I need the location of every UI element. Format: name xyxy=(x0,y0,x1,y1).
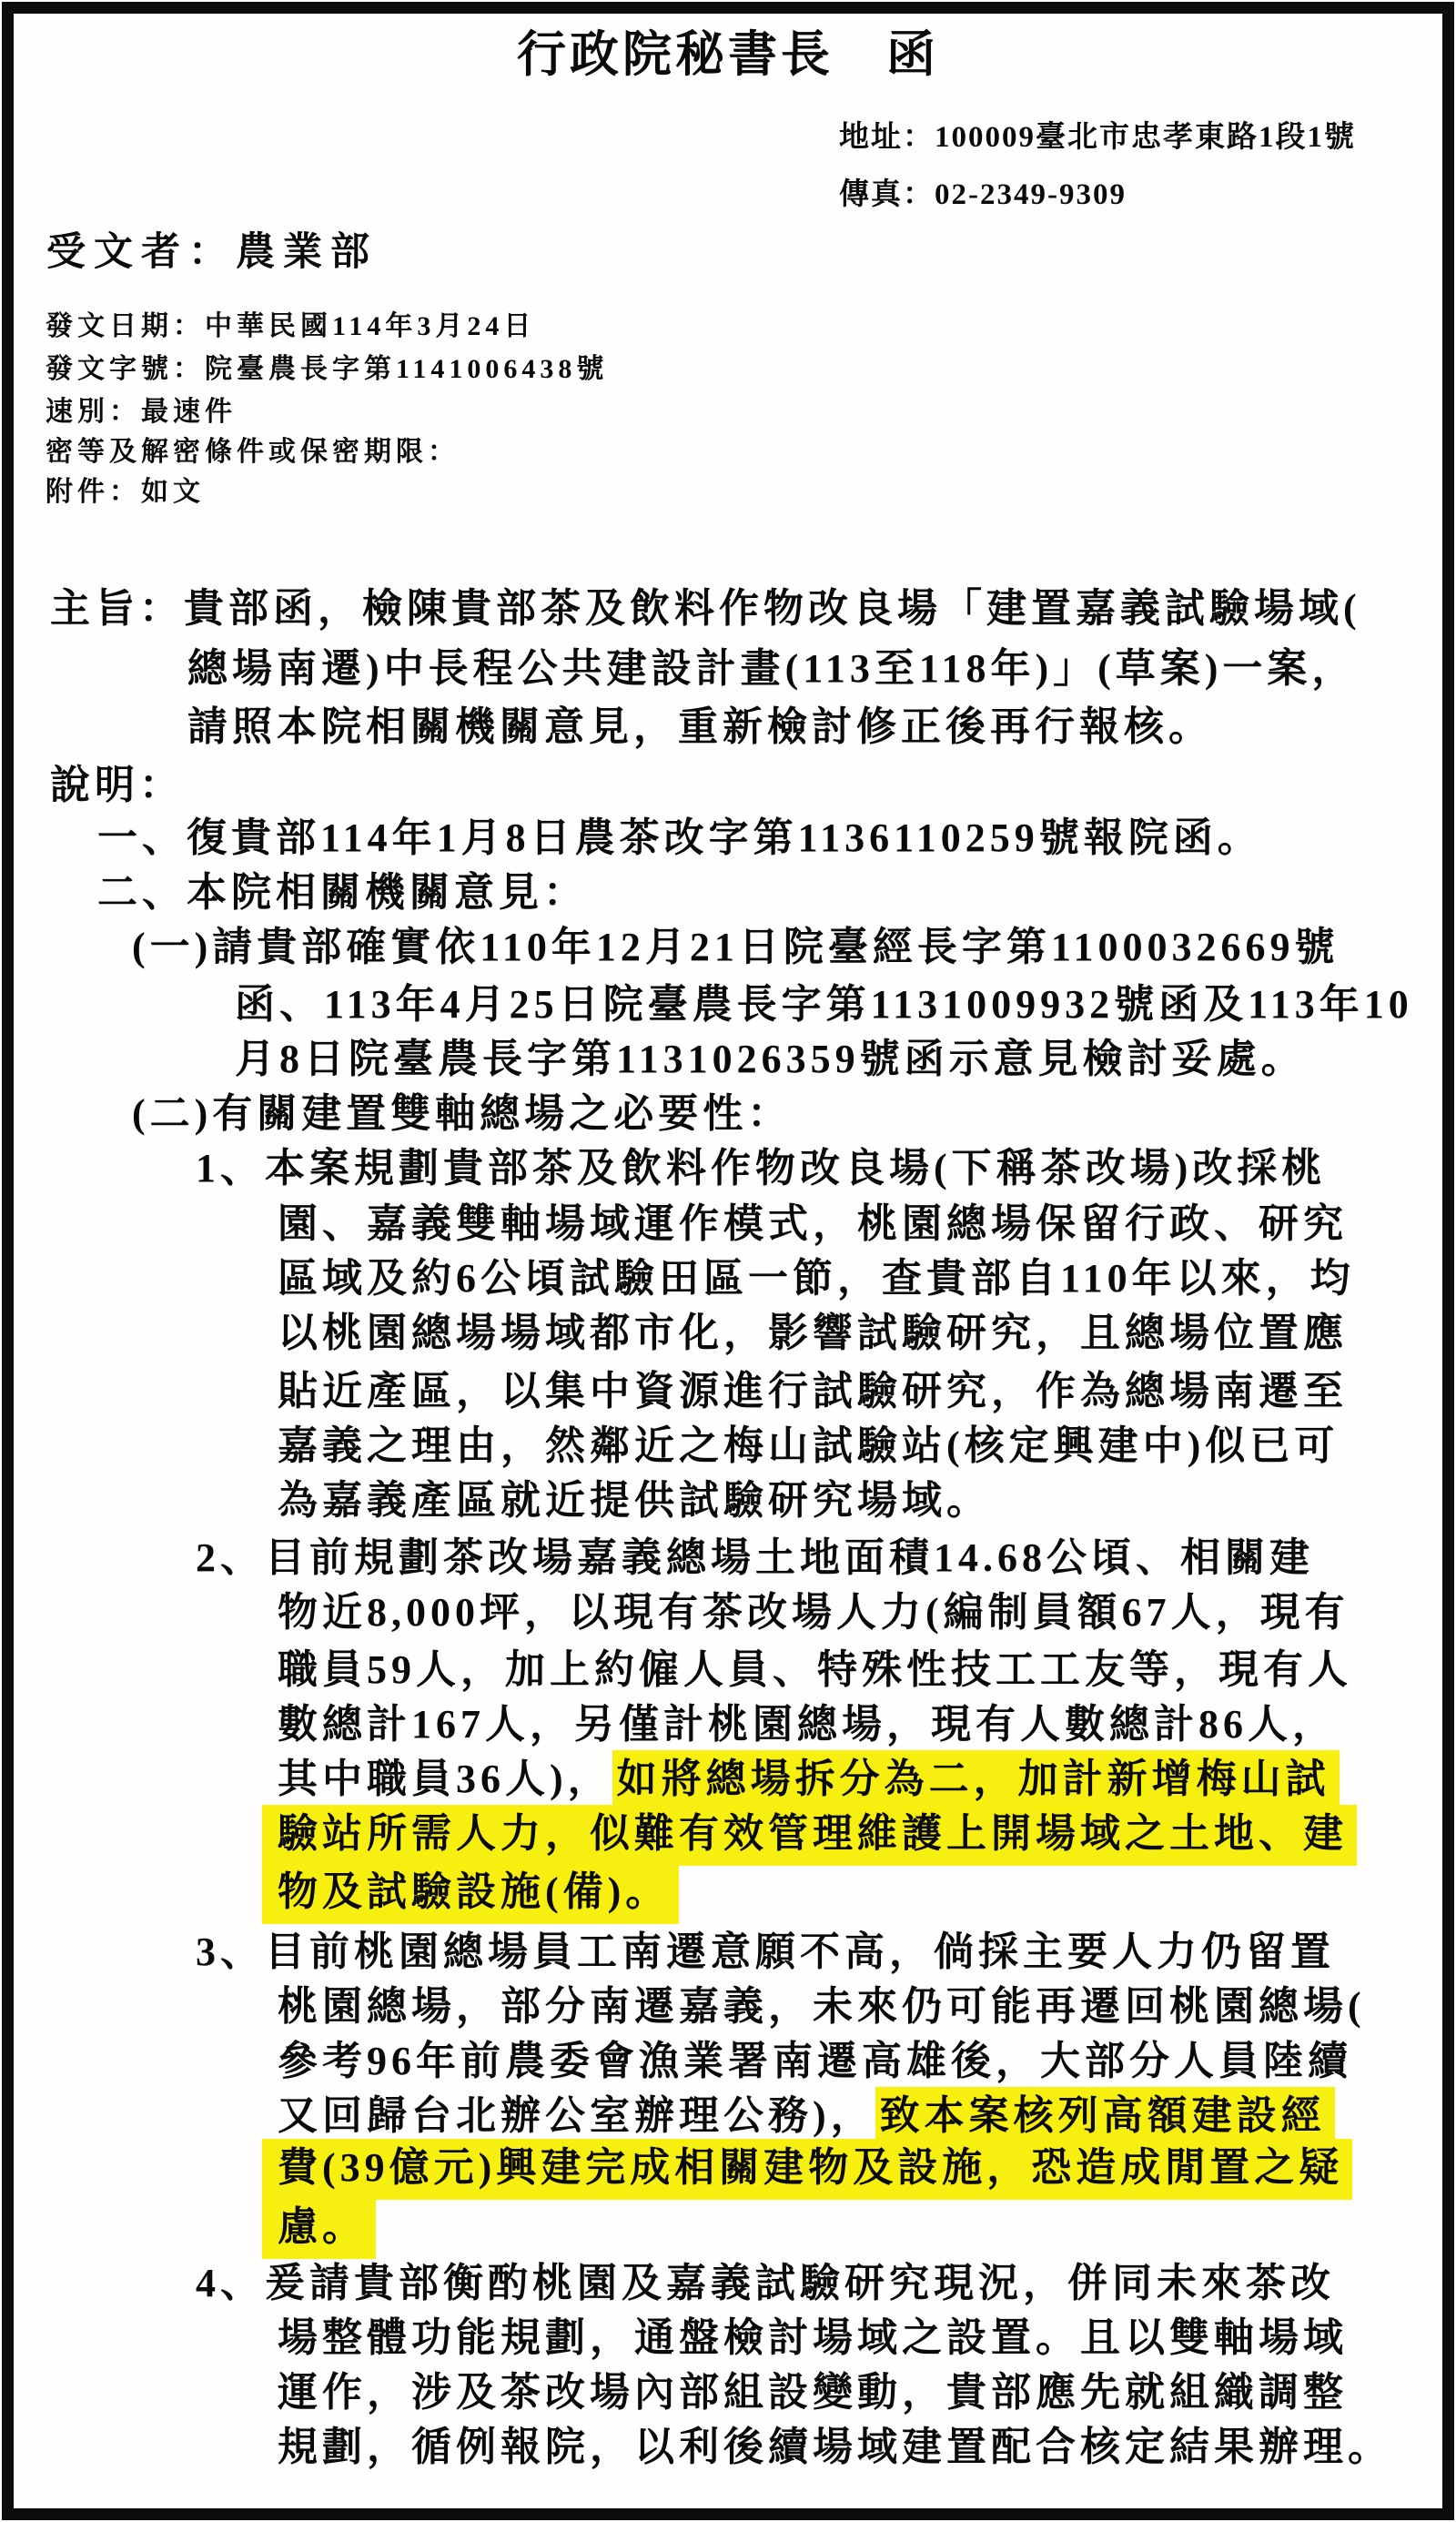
body-line: (二)有關建置雙軸總場之必要性： xyxy=(132,1089,792,1139)
body-line: 參考96年前農委會漁業署南遷高雄後，大部分人員陸續 xyxy=(278,2037,1352,2086)
page-title: 行政院秘書長 函 xyxy=(0,24,1456,86)
body-text: 函、113年4月25日院臺農長字第1131009932號函及113年10 xyxy=(235,982,1413,1027)
body-text: 以桃園總場場域都市化，影響試驗研究，且總場位置應 xyxy=(278,1311,1348,1355)
body-line: 貼近產區，以集中資源進行試驗研究，作為總場南遷至 xyxy=(278,1367,1348,1416)
subject-line: 請照本院相關機關意見，重新檢討修正後再行報核。 xyxy=(187,703,1213,752)
subject-line: 總場南遷)中長程公共建設計畫(113至118年)」(草案)一案， xyxy=(187,644,1356,694)
body-text: 3、目前桃園總場員工南遷意願不高，倘採主要人力仍留置 xyxy=(196,1929,1335,1974)
body-line: 嘉義之理由，然鄰近之梅山試驗站(核定興建中)似已可 xyxy=(278,1422,1339,1471)
body-line: 一、復貴部114年1月8日農茶改字第1136110259號報院函。 xyxy=(97,814,1262,863)
body-text: 桃園總場，部分南遷嘉義，未來仍可能再遷回桃園總場( xyxy=(278,1984,1366,2029)
body-text: 運作，涉及茶改場內部組設變動，貴部應先就組織調整 xyxy=(278,2370,1348,2415)
body-line: 數總計167人，另僅計桃園總場，現有人數總計86人， xyxy=(278,1700,1337,1749)
body-text: 數總計167人，另僅計桃園總場，現有人數總計86人， xyxy=(278,1702,1337,1747)
body-text: 規劃，循例報院，以利後續場域建置配合核定結果辦理。 xyxy=(278,2425,1392,2469)
scanned-letter-page: 行政院秘書長 函 地址：100009臺北市忠孝東路1段1號 傳真：02-2349… xyxy=(0,0,1456,2522)
body-line: 以桃園總場場域都市化，影響試驗研究，且總場位置應 xyxy=(278,1309,1348,1358)
body-line: 桃園總場，部分南遷嘉義，未來仍可能再遷回桃園總場( xyxy=(278,1982,1366,2031)
meta-line-date: 發文日期：中華民國114年3月24日 xyxy=(45,309,535,344)
body-text: 為嘉義產區就近提供試驗研究場域。 xyxy=(278,1478,991,1523)
body-text: 物近8,000坪，以現有茶改場人力(編制員額67人，現有 xyxy=(278,1590,1350,1635)
body-text: 1、本案規劃貴部茶及飲料作物改良場(下稱茶改場)改採桃 xyxy=(196,1146,1326,1190)
body-text: 職員59人，加上約僱人員、特殊性技工工友等，現有人 xyxy=(278,1647,1352,1692)
body-line: 慮。 xyxy=(262,2203,376,2252)
body-text: 一、復貴部114年1月8日農茶改字第1136110259號報院函。 xyxy=(97,815,1262,860)
body-line: 物及試驗設施(備)。 xyxy=(262,1868,679,1917)
body-line: 1、本案規劃貴部茶及飲料作物改良場(下稱茶改場)改採桃 xyxy=(196,1144,1326,1193)
body-line: 職員59人，加上約僱人員、特殊性技工工友等，現有人 xyxy=(278,1646,1352,1695)
body-line: 費(39億元)興建完成相關建物及設施，恐造成閒置之疑 xyxy=(262,2143,1352,2193)
body-line: 規劃，循例報院，以利後續場域建置配合核定結果辦理。 xyxy=(278,2423,1392,2472)
highlight-segment: 費(39億元)興建完成相關建物及設施，恐造成閒置之疑 xyxy=(262,2139,1352,2200)
body-line: 又回歸台北辦公室辦理公務)，致本案核列高額建設經 xyxy=(278,2092,1335,2141)
body-line: 場整體功能規劃，通盤檢討場域之設置。且以雙軸場域 xyxy=(278,2314,1348,2363)
body-line: 其中職員36人)，如將總場拆分為二，加計新增梅山試 xyxy=(278,1755,1340,1804)
body-line: 園、嘉義雙軸場域運作模式，桃園總場保留行政、研究 xyxy=(278,1200,1348,1249)
body-text: 園、嘉義雙軸場域運作模式，桃園總場保留行政、研究 xyxy=(278,1201,1348,1246)
body-line: 運作，涉及茶改場內部組設變動，貴部應先就組織調整 xyxy=(278,2368,1348,2417)
body-text: 2、目前規劃茶改場嘉義總場土地面積14.68公頃、相關建 xyxy=(196,1535,1314,1580)
body-line: 為嘉義產區就近提供試驗研究場域。 xyxy=(278,1476,991,1525)
body-text: 區域及約6公頃試驗田區一節，查貴部自110年以來，均 xyxy=(278,1256,1355,1301)
explanation-label: 說明： xyxy=(50,761,184,810)
meta-line-priority: 速別：最速件 xyxy=(45,395,237,430)
highlight-segment: 驗站所需人力，似難有效管理維護上開場域之土地、建 xyxy=(262,1805,1357,1866)
sender-fax: 傳真：02-2349-9309 xyxy=(839,177,1127,213)
highlight-segment: 如將總場拆分為二，加計新增梅山試 xyxy=(612,1750,1340,1811)
meta-line-docnumber: 發文字號：院臺農長字第1141006438號 xyxy=(45,352,608,387)
body-text: 嘉義之理由，然鄰近之梅山試驗站(核定興建中)似已可 xyxy=(278,1423,1339,1468)
body-text: 4、爰請貴部衡酌桃園及嘉義試驗研究現況，併同未來茶改 xyxy=(196,2261,1335,2305)
body-line: 4、爰請貴部衡酌桃園及嘉義試驗研究現況，併同未來茶改 xyxy=(196,2259,1335,2308)
body-line: (一)請貴部確實依110年12月21日院臺經長字第1100032669號 xyxy=(132,923,1339,972)
highlight-segment: 慮。 xyxy=(262,2198,376,2259)
body-text: 其中職員36人)， xyxy=(278,1757,612,1801)
meta-line-classification: 密等及解密條件或保密期限： xyxy=(45,435,460,470)
body-text: 月8日院臺農長字第1131026359號函示意見檢討妥處。 xyxy=(235,1037,1306,1081)
body-text: 場整體功能規劃，通盤檢討場域之設置。且以雙軸場域 xyxy=(278,2315,1348,2360)
sender-address: 地址：100009臺北市忠孝東路1段1號 xyxy=(839,119,1356,156)
body-line: 3、目前桃園總場員工南遷意願不高，倘採主要人力仍留置 xyxy=(196,1928,1335,1977)
body-line: 函、113年4月25日院臺農長字第1131009932號函及113年10 xyxy=(235,980,1413,1029)
body-line: 區域及約6公頃試驗田區一節，查貴部自110年以來，均 xyxy=(278,1254,1355,1303)
body-text: 二、本院相關機關意見： xyxy=(97,870,588,915)
body-line: 2、目前規劃茶改場嘉義總場土地面積14.68公頃、相關建 xyxy=(196,1534,1314,1583)
body-line: 驗站所需人力，似難有效管理維護上開場域之土地、建 xyxy=(262,1809,1357,1859)
highlight-segment: 物及試驗設施(備)。 xyxy=(262,1863,679,1924)
body-text: 貼近產區，以集中資源進行試驗研究，作為總場南遷至 xyxy=(278,1369,1348,1413)
recipient-line: 受文者：農業部 xyxy=(46,229,378,277)
meta-line-attachment: 附件：如文 xyxy=(45,475,205,510)
body-text: 又回歸台北辦公室辦理公務)， xyxy=(278,2093,875,2138)
body-text: 參考96年前農委會漁業署南遷高雄後，大部分人員陸續 xyxy=(278,2039,1352,2083)
body-text: (一)請貴部確實依110年12月21日院臺經長字第1100032669號 xyxy=(132,925,1339,969)
body-text: (二)有關建置雙軸總場之必要性： xyxy=(132,1091,792,1136)
body-line: 二、本院相關機關意見： xyxy=(97,868,588,917)
body-line: 物近8,000坪，以現有茶改場人力(編制員額67人，現有 xyxy=(278,1588,1350,1637)
body-line: 月8日院臺農長字第1131026359號函示意見檢討妥處。 xyxy=(235,1035,1306,1084)
subject-line: 主旨：貴部函，檢陳貴部茶及飲料作物改良場「建置嘉義試驗場域( xyxy=(50,584,1361,633)
